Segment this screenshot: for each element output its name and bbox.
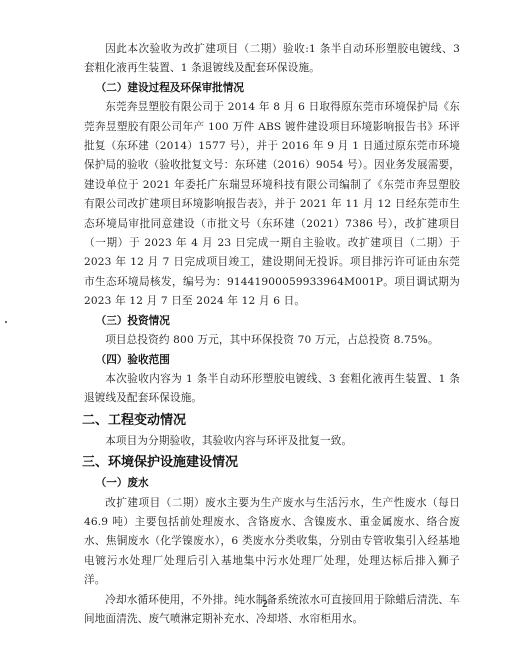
page-number: 2 <box>0 599 530 610</box>
heading-construction-approval: （二）建设过程及环保审批情况 <box>84 79 460 98</box>
paragraph-investment: 项目总投资约 800 万元，其中环保投资 70 万元，占总投资 8.75%。 <box>84 331 460 350</box>
paragraph-acceptance-scope: 本次验收内容为 1 条半自动环形塑胶电镀线、3 套粗化液再生装置、1 条退镀线及… <box>84 370 460 409</box>
paragraph-project-changes: 本项目为分期验收，其验收内容与环评及批复一致。 <box>84 432 460 451</box>
page-content: 因此本次验收为改扩建项目（二期）验收:1 条半自动环形塑胶电镀线、3 套粗化液再… <box>84 40 460 629</box>
heading-acceptance-scope: （四）验收范围 <box>84 351 460 370</box>
heading-wastewater: （一）废水 <box>84 474 460 493</box>
paragraph-acceptance-scope-summary: 因此本次验收为改扩建项目（二期）验收:1 条半自动环形塑胶电镀线、3 套粗化液再… <box>84 40 460 79</box>
paragraph-wastewater: 改扩建项目（二期）废水主要为生产废水与生活污水，生产性废水（每日 46.9 吨）… <box>84 494 460 591</box>
heading-investment: （三）投资情况 <box>84 312 460 331</box>
scan-speck <box>5 321 7 323</box>
heading-project-changes: 二、工程变动情况 <box>82 409 460 432</box>
heading-env-facilities: 三、环境保护设施建设情况 <box>82 451 460 474</box>
paragraph-construction-approval: 东莞奔昱塑胶有限公司于 2014 年 8 月 6 日取得原东莞市环境保护局《东莞… <box>84 98 460 311</box>
document-page: 因此本次验收为改扩建项目（二期）验收:1 条半自动环形塑胶电镀线、3 套粗化液再… <box>0 0 530 650</box>
